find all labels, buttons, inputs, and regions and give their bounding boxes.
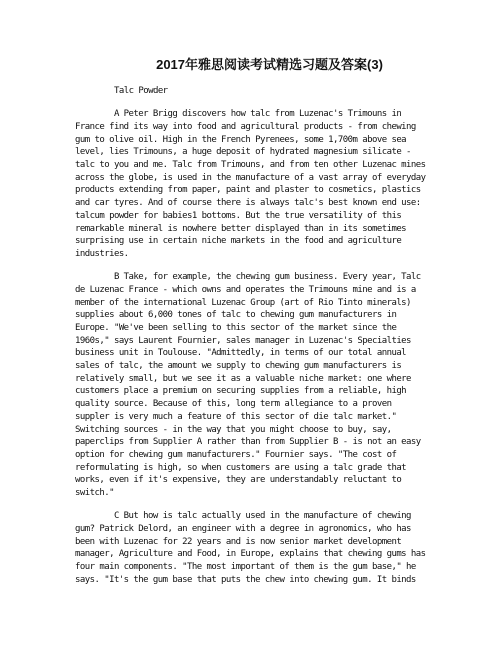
paragraph-a: A Peter Brigg discovers how talc from Lu… xyxy=(75,108,502,260)
document-title: 2017年雅思阅读考试精选习题及答案(3) xyxy=(93,57,446,73)
document-page: 2017年雅思阅读考试精选习题及答案(3) Talc Powder A Pete… xyxy=(0,0,502,649)
paragraph-c: C But how is talc actually used in the m… xyxy=(75,510,502,586)
article-heading: Talc Powder xyxy=(75,85,502,98)
paragraph-b: B Take, for example, the chewing gum bus… xyxy=(75,271,502,500)
